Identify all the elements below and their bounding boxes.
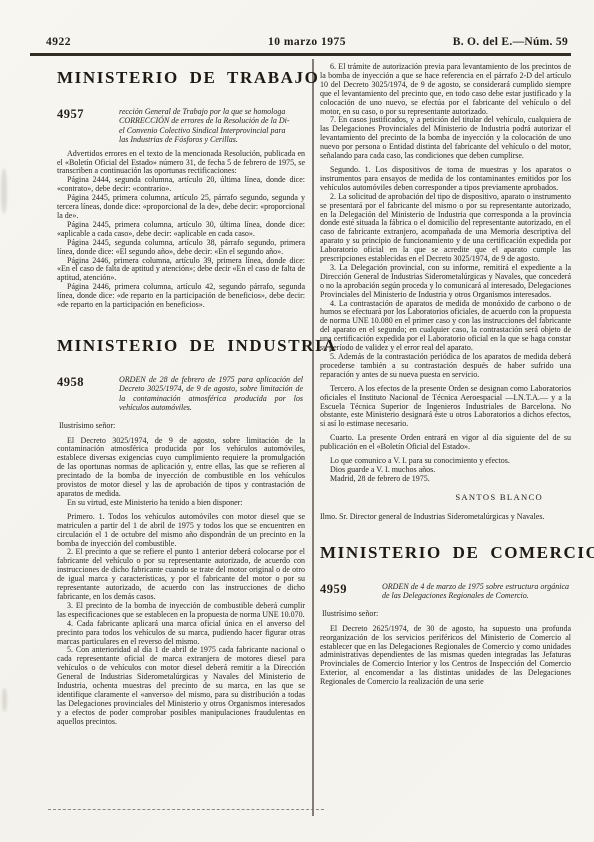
paragraph: 6. El trámite de autorización previa par… [320, 63, 571, 116]
item-4958-number: 4958 [57, 375, 119, 413]
paragraph: Advertidos errores en el texto de la men… [57, 150, 305, 177]
left-column: MINISTERIO DE TRABAJO 4957 rección Gener… [57, 63, 305, 727]
item-title-line: CORRECCIÓN de errores de la Resolución d… [119, 116, 303, 125]
item-4959-number: 4959 [320, 582, 382, 601]
item-4957-title: rección General de Trabajo por la que se… [119, 107, 305, 145]
paragraph: El Decreto 3025/1974, de 9 de agosto, so… [57, 437, 305, 499]
scan-artifact [2, 688, 7, 712]
page-header: 4922 10 marzo 1975 B. O. del E.—Núm. 59 [46, 36, 568, 50]
paragraph: Página 2446, primera columna, artículo 4… [57, 283, 305, 310]
footer-rule [48, 809, 324, 810]
paragraph: 3. El precinto de la bomba de inyección … [57, 602, 305, 620]
paragraph: En su virtud, este Ministerio ha tenido … [57, 499, 305, 508]
paragraph: 5. Con anterioridad al día 1 de abril de… [57, 646, 305, 726]
issue-number: B. O. del E.—Núm. 59 [453, 36, 568, 48]
item-4959-title: ORDEN de 4 de marzo de 1975 sobre estruc… [382, 582, 571, 601]
scan-artifact [1, 168, 7, 214]
salutation: Ilustrísimo señor: [57, 421, 305, 430]
paragraph: Cuarto. La presente Orden entrará en vig… [320, 434, 571, 452]
item-4957-head: 4957 rección General de Trabajo por la q… [57, 107, 305, 145]
paragraph: Segundo. 1. Los dispositivos de toma de … [320, 166, 571, 193]
paragraph: Página 2445, primera columna, artículo 3… [57, 221, 305, 239]
paragraph: El Decreto 2625/1974, de 30 de agosto, h… [320, 625, 571, 687]
item-title-line: el Convenio Colectivo Sindical Interprov… [119, 126, 303, 135]
paragraph: Página 2444, segunda columna, artículo 2… [57, 176, 305, 194]
item-title-line: rección General de Trabajo por la que se… [119, 107, 303, 116]
paragraph: Página 2445, primera columna, artículo 2… [57, 194, 305, 221]
item-title-line: las Industrias de Fósforos y Cerillas. [119, 135, 303, 144]
two-column-body: MINISTERIO DE TRABAJO 4957 rección Gener… [57, 63, 571, 825]
item-4958-head: 4958 ORDEN de 28 de febrero de 1975 para… [57, 375, 305, 413]
ministry-comercio-heading: MINISTERIO DE COMERCIO [320, 543, 571, 563]
header-rule [30, 53, 571, 56]
addressee: Ilmo. Sr. Director general de Industrias… [320, 512, 571, 521]
paragraph: 5. Además de la contrastación periódica … [320, 353, 571, 380]
signature: SANTOS BLANCO [320, 493, 543, 502]
column-divider [312, 59, 314, 816]
paragraph: Primero. 1. Todos los vehículos automóvi… [57, 513, 305, 549]
closing-line: Madrid, 28 de febrero de 1975. [320, 475, 571, 484]
paragraph: 4. Cada fabricante aplicará una marca of… [57, 620, 305, 647]
paragraph: 7. En casos justificados, y a petición d… [320, 116, 571, 161]
paragraph: Página 2446, primera columna, artículo 3… [57, 257, 305, 284]
ministry-trabajo-heading: MINISTERIO DE TRABAJO [57, 68, 305, 88]
paragraph: Tercero. A los efectos de la presente Or… [320, 385, 571, 430]
paragraph: Página 2445, segunda columna, artículo 3… [57, 239, 305, 257]
ministry-industria-heading: MINISTERIO DE INDUSTRIA [57, 336, 305, 356]
paragraph: 2. El precinto a que se refiere el punto… [57, 548, 305, 601]
item-4958-title: ORDEN de 28 de febrero de 1975 para apli… [119, 375, 305, 413]
boe-scanned-page: 4922 10 marzo 1975 B. O. del E.—Núm. 59 … [0, 0, 594, 842]
item-4957-number: 4957 [57, 107, 119, 145]
salutation: Ilustrísimo señor: [320, 609, 571, 618]
item-4959-head: 4959 ORDEN de 4 de marzo de 1975 sobre e… [320, 582, 571, 601]
paragraph: 2. La solicitud de aprobación del tipo d… [320, 193, 571, 264]
right-column: 6. El trámite de autorización previa par… [320, 63, 571, 687]
paragraph: 4. La contrastación de aparatos de medid… [320, 300, 571, 353]
paragraph: 3. La Delegación provincial, con su info… [320, 264, 571, 300]
